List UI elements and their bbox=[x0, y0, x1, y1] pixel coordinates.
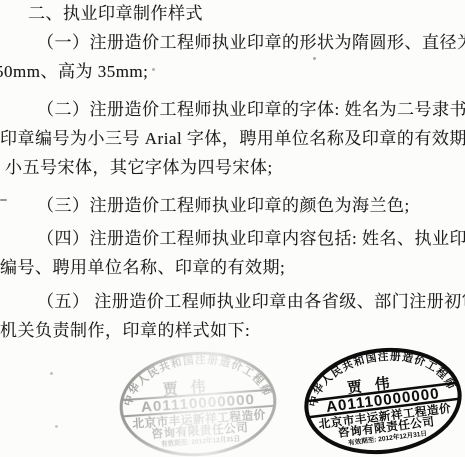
seal-graphic-faded: 中华人民共和国注册造价工程师 贾伟 A01110000000 北京市丰运新祥工程… bbox=[113, 344, 282, 457]
doc-line-clause3: （三）注册造价工程师执业印章的颜色为海兰色; bbox=[37, 196, 410, 216]
scan-artifact bbox=[0, 199, 7, 201]
doc-line-clause4-a: （四）注册造价工程师执业印章内容包括: 姓名、执业印章 bbox=[37, 229, 465, 249]
doc-line-clause1-a: （一）注册造价工程师执业印章的形状为隋圆形、直径为 bbox=[37, 33, 465, 53]
scan-artifact bbox=[152, 68, 155, 71]
doc-line-clause5-a: （五） 注册造价工程师执业印章由各省级、部门注册初审 bbox=[37, 292, 465, 312]
doc-line-clause2-a: （二）注册造价工程师执业印章的字体: 姓名为二号隶书， bbox=[37, 100, 465, 120]
seal-specimen-faded: 中华人民共和国注册造价工程师 贾伟 A01110000000 北京市丰运新祥工程… bbox=[113, 344, 282, 457]
doc-line-clause5-b: 机关负责制作，印章的样式如下: bbox=[0, 321, 250, 341]
scan-artifact bbox=[313, 57, 316, 60]
section-heading: 二、执业印章制作样式 bbox=[28, 4, 203, 24]
seal-graphic-bold: 中华人民共和国注册造价工程师 贾伟 A01110000000 北京市丰运新祥工程… bbox=[296, 338, 465, 457]
seal-specimen-bold: 中华人民共和国注册造价工程师 贾伟 A01110000000 北京市丰运新祥工程… bbox=[296, 338, 465, 457]
scanned-document-page: 二、执业印章制作样式 （一）注册造价工程师执业印章的形状为隋圆形、直径为 50m… bbox=[0, 0, 465, 457]
doc-line-clause2-b: 印章编号为小三号 Arial 字体，聘用单位名称及印章的有效期为 bbox=[0, 129, 465, 149]
doc-line-clause2-c: 小五号宋体，其它字体为四号宋体; bbox=[5, 158, 273, 178]
scan-artifact bbox=[50, 372, 53, 375]
doc-line-clause4-b: 编号、聘用单位名称、印章的有效期; bbox=[0, 258, 285, 278]
doc-line-clause1-b: 50mm、高为 35mm; bbox=[0, 62, 148, 82]
scan-artifact bbox=[55, 425, 58, 428]
